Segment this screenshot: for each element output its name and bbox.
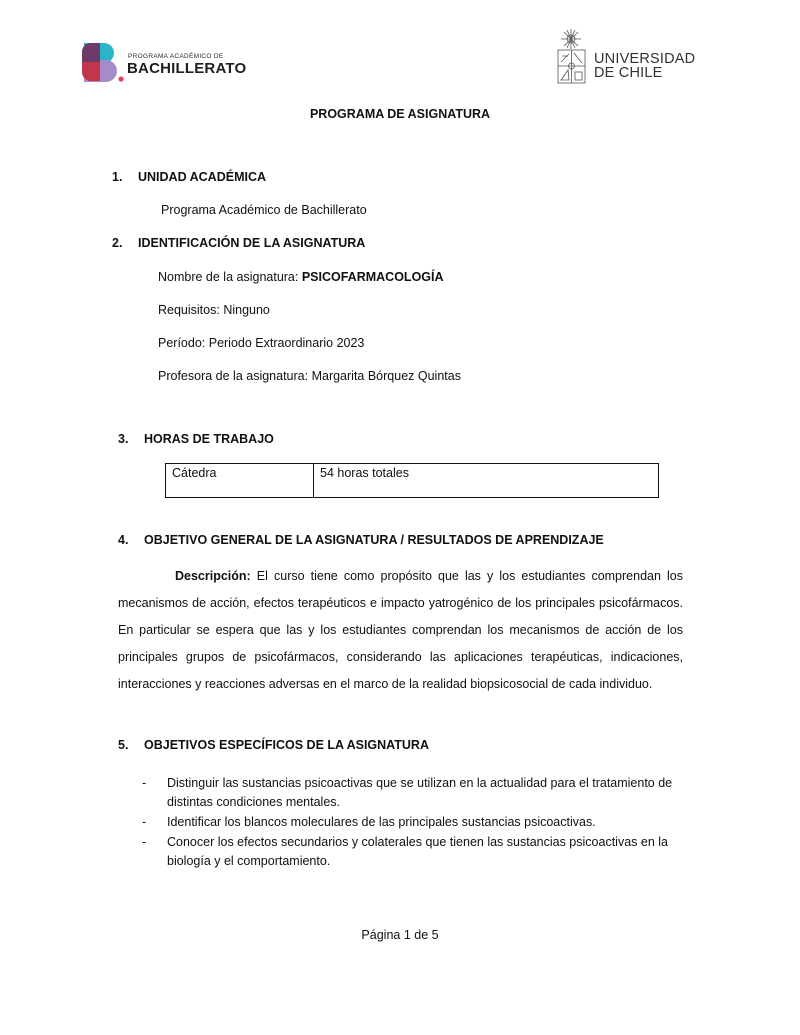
field-course-name: Nombre de la asignatura: PSICOFARMACOLOG… bbox=[158, 270, 444, 284]
general-objective-description: Descripción: El curso tiene como propósi… bbox=[118, 563, 683, 698]
university-name-line2: DE CHILE bbox=[594, 66, 695, 80]
field-value: Periodo Extraordinario 2023 bbox=[209, 336, 365, 350]
logo-subtitle: PROGRAMA ACADÉMICO DE bbox=[128, 53, 224, 60]
objective-text: Identificar los blancos moleculares de l… bbox=[167, 815, 596, 829]
section-number: 5. bbox=[118, 738, 144, 752]
field-label: Requisitos: bbox=[158, 303, 223, 317]
field-value: Ninguno bbox=[223, 303, 270, 317]
hours-value-cell: 54 horas totales bbox=[314, 464, 659, 498]
objective-text: Distinguir las sustancias psicoactivas q… bbox=[167, 776, 672, 809]
description-label: Descripción: bbox=[175, 569, 251, 583]
description-text: El curso tiene como propósito que las y … bbox=[118, 569, 683, 691]
section-number: 1. bbox=[112, 170, 138, 184]
document-title: PROGRAMA DE ASIGNATURA bbox=[0, 107, 800, 121]
section-4-heading: 4.OBJETIVO GENERAL DE LA ASIGNATURA / RE… bbox=[118, 533, 604, 547]
table-row: Cátedra 54 horas totales bbox=[166, 464, 659, 498]
section-number: 4. bbox=[118, 533, 144, 547]
field-professor: Profesora de la asignatura: Margarita Bó… bbox=[158, 369, 461, 383]
field-label: Profesora de la asignatura: bbox=[158, 369, 312, 383]
section-number: 2. bbox=[112, 236, 138, 250]
bachillerato-mark-icon bbox=[80, 42, 124, 82]
field-label: Período: bbox=[158, 336, 209, 350]
university-emblem-icon bbox=[556, 28, 590, 84]
list-item: -Conocer los efectos secundarios y colat… bbox=[142, 833, 687, 871]
field-requirements: Requisitos: Ninguno bbox=[158, 303, 270, 317]
list-item: -Identificar los blancos moleculares de … bbox=[142, 813, 687, 832]
field-value: PSICOFARMACOLOGÍA bbox=[302, 270, 444, 284]
dash-bullet-icon: - bbox=[142, 774, 146, 793]
dash-bullet-icon: - bbox=[142, 833, 146, 852]
hours-type-cell: Cátedra bbox=[166, 464, 314, 498]
section-5-heading: 5.OBJETIVOS ESPECÍFICOS DE LA ASIGNATURA bbox=[118, 738, 429, 752]
section-title: UNIDAD ACADÉMICA bbox=[138, 170, 266, 184]
dash-bullet-icon: - bbox=[142, 813, 146, 832]
universidad-de-chile-logo: UNIVERSIDAD DE CHILE bbox=[556, 28, 696, 86]
list-item: -Distinguir las sustancias psicoactivas … bbox=[142, 774, 687, 812]
work-hours-table: Cátedra 54 horas totales bbox=[165, 463, 659, 498]
section-title: OBJETIVO GENERAL DE LA ASIGNATURA / RESU… bbox=[144, 533, 604, 547]
bachillerato-logo: PROGRAMA ACADÉMICO DE BACHILLERATO bbox=[80, 42, 250, 86]
specific-objectives-list: -Distinguir las sustancias psicoactivas … bbox=[142, 774, 687, 872]
section-2-heading: 2.IDENTIFICACIÓN DE LA ASIGNATURA bbox=[112, 236, 365, 250]
university-name-line1: UNIVERSIDAD bbox=[594, 52, 695, 66]
section-1-heading: 1.UNIDAD ACADÉMICA bbox=[112, 170, 266, 184]
section-number: 3. bbox=[118, 432, 144, 446]
academic-unit-value: Programa Académico de Bachillerato bbox=[161, 203, 367, 217]
page-number: Página 1 de 5 bbox=[0, 928, 800, 942]
section-title: HORAS DE TRABAJO bbox=[144, 432, 274, 446]
section-title: IDENTIFICACIÓN DE LA ASIGNATURA bbox=[138, 236, 365, 250]
field-value: Margarita Bórquez Quintas bbox=[312, 369, 461, 383]
objective-text: Conocer los efectos secundarios y colate… bbox=[167, 835, 668, 868]
section-3-heading: 3.HORAS DE TRABAJO bbox=[118, 432, 274, 446]
section-title: OBJETIVOS ESPECÍFICOS DE LA ASIGNATURA bbox=[144, 738, 429, 752]
field-period: Período: Periodo Extraordinario 2023 bbox=[158, 336, 364, 350]
logo-title: BACHILLERATO bbox=[127, 60, 246, 77]
university-name: UNIVERSIDAD DE CHILE bbox=[594, 52, 695, 80]
field-label: Nombre de la asignatura: bbox=[158, 270, 302, 284]
